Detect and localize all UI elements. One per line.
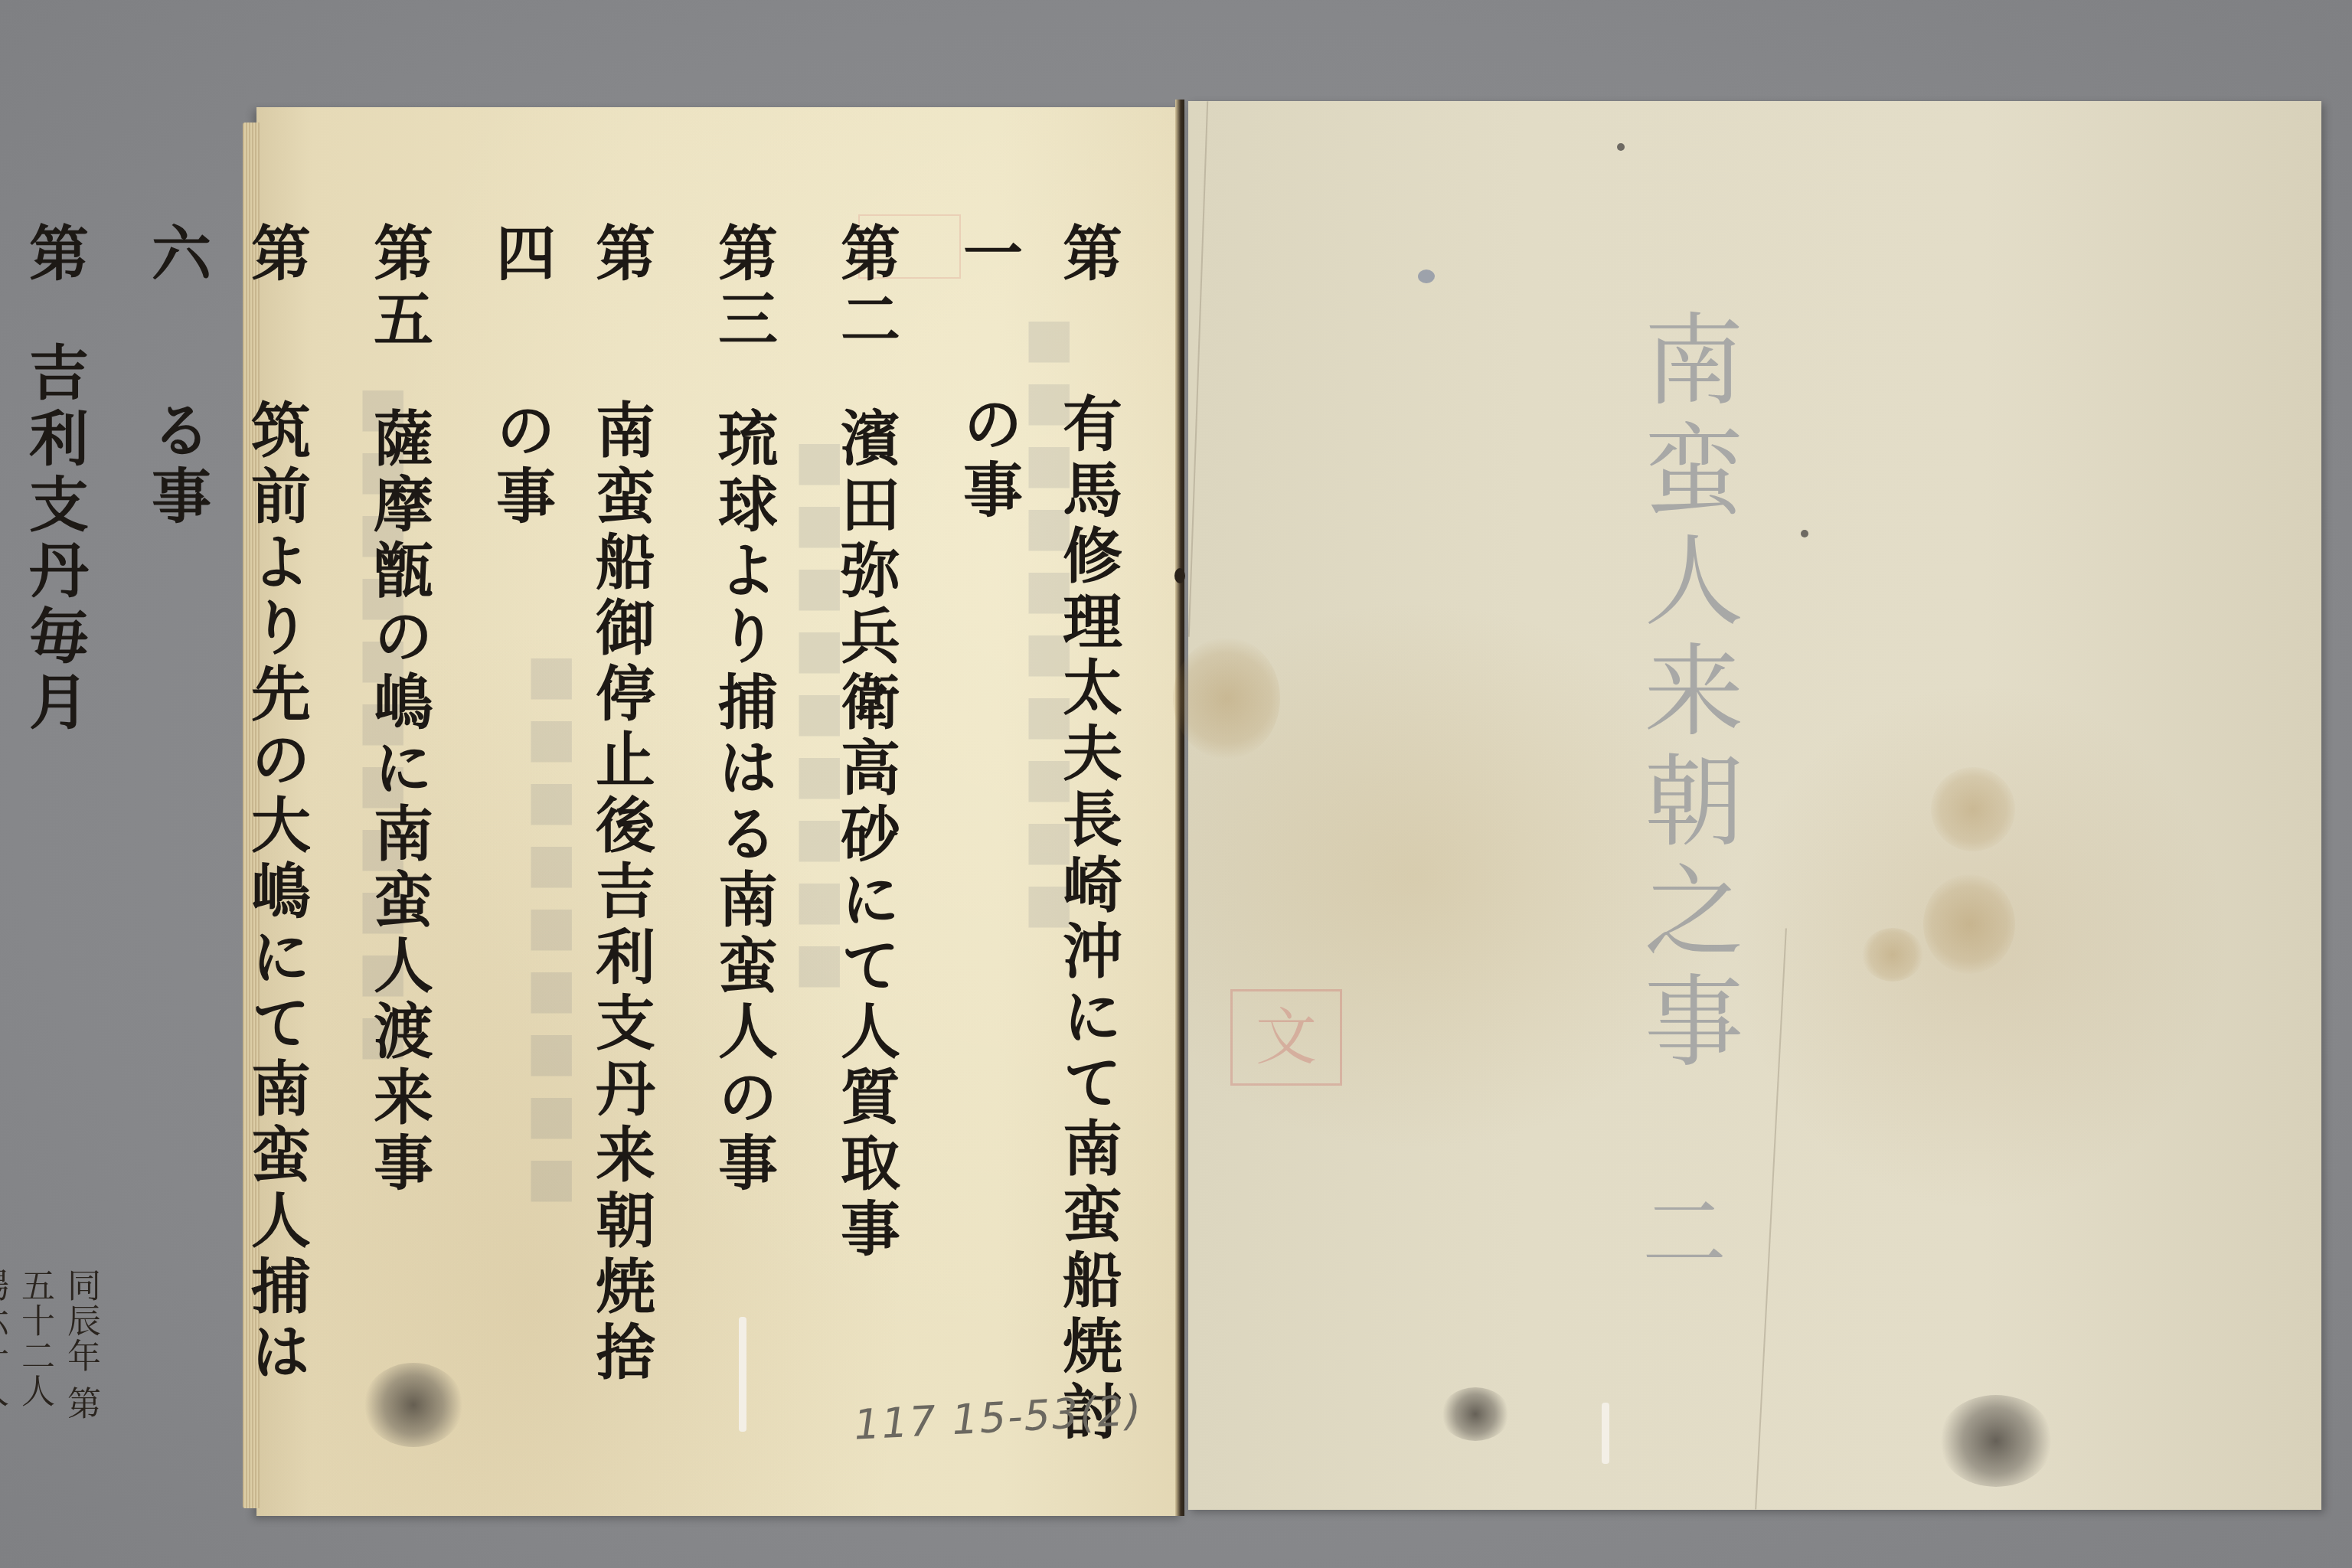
toc-entry-6: 第六 筑前より先の大嶋にて南蛮人捕はる事 (126, 222, 325, 1447)
left-page: ■■■■■■■■■■ ■■■■■■■■■ ■■■■■■■■■■■ ■■■■■■■… (256, 107, 1183, 1516)
toc-entry-4: 第四 南蛮船御停止後吉利支丹来朝焼捨の事 (471, 222, 670, 1447)
entry-annotation: 同辰年 第五十二人 揚六十人 (0, 1268, 103, 1447)
binding-hole (1174, 568, 1185, 583)
entry-number: 第七 (0, 222, 103, 288)
water-stain (1862, 928, 1923, 982)
paper-speck (1801, 530, 1808, 537)
water-stain (1931, 767, 2015, 851)
paper-tear (739, 1317, 746, 1432)
table-of-contents: 第一 有馬修理太夫長崎沖にて南蛮船焼討の事 第二 濱田弥兵衛高砂にて人質取事 第… (0, 222, 1137, 1447)
ink-stain (1939, 1395, 2053, 1487)
toc-entry-3: 第三 琉球より捕はる南蛮人の事 (693, 222, 792, 1447)
entry-number: 第四 (471, 222, 670, 345)
paper-speck (1617, 143, 1625, 151)
entry-title: 濱田弥兵衛高砂にて人質取事 (815, 407, 915, 1263)
entry-title: 薩摩甑の嶋に南蛮人渡来事 (348, 407, 448, 1197)
entry-title: 筑前より先の大嶋にて南蛮人捕はる事 (126, 399, 325, 1447)
toc-entry-2: 第二 濱田弥兵衛高砂にて人質取事 (815, 222, 915, 1447)
toc-entry-7: 第七 吉利支丹毎月閲の事 長崎にて吟味之事 同辰年 第五十二人 揚六十人 (0, 222, 103, 1447)
entry-title: 吉利支丹毎月閲の事 長崎にて吟味之事 (0, 341, 103, 801)
entry-number: 第一 (938, 222, 1137, 339)
entry-title: 南蛮船御停止後吉利支丹来朝焼捨の事 (471, 399, 670, 1447)
book-gutter (1175, 100, 1184, 1516)
ink-stain (364, 1363, 463, 1447)
entry-title: 有馬修理太夫長崎沖にて南蛮船焼討の事 (938, 393, 1137, 1447)
entry-number: 第三 (693, 222, 792, 354)
right-page: 南蛮人来朝之事 二 文 (1188, 101, 2321, 1510)
paper-crease (1755, 928, 1787, 1509)
volume-number: 二 (1617, 1188, 1738, 1272)
paper-crease (1188, 101, 1208, 637)
entry-number: 第五 (348, 222, 448, 354)
water-stain (1923, 874, 2015, 974)
faded-title-label: 南蛮人来朝之事 (1628, 308, 1743, 1080)
paper-speck (1418, 269, 1435, 283)
entry-number: 第二 (815, 222, 915, 354)
red-seal-stamp: 文 (1230, 989, 1342, 1086)
water-stain (1173, 637, 1280, 759)
toc-entry-1: 第一 有馬修理太夫長崎沖にて南蛮船焼討の事 (938, 222, 1137, 1447)
paper-tear (1602, 1403, 1609, 1464)
toc-entry-5: 第五 薩摩甑の嶋に南蛮人渡来事 (348, 222, 448, 1447)
ink-stain (1441, 1387, 1510, 1441)
entry-number: 第六 (126, 222, 325, 345)
entry-title: 琉球より捕はる南蛮人の事 (693, 407, 792, 1197)
